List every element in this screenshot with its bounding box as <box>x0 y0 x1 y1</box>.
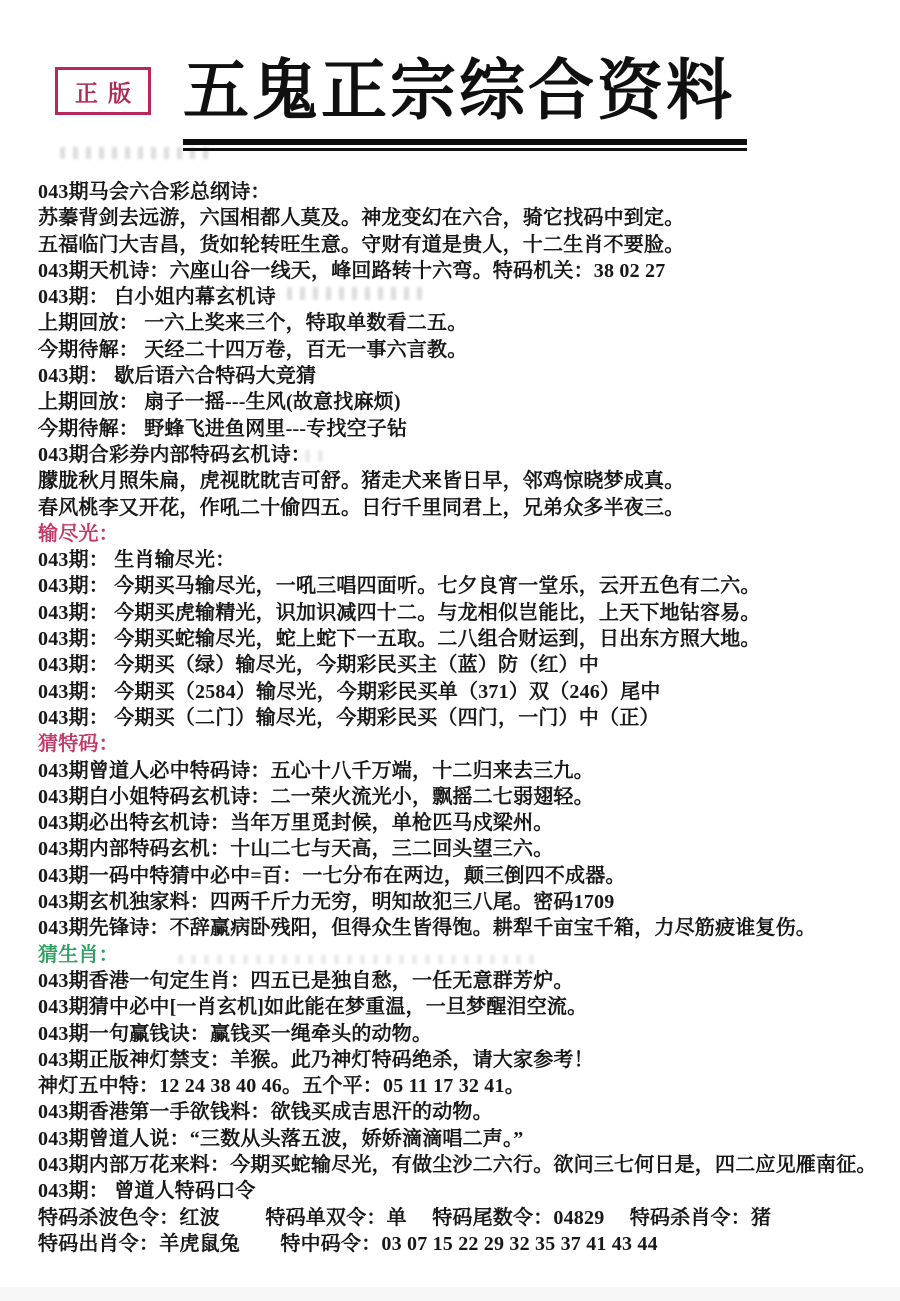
text-line: 上期回放： 扇子一摇---生风(故意找麻烦) <box>38 389 886 415</box>
text-line: 043期： 白小姐内幕玄机诗 <box>38 284 886 310</box>
page-title: 五鬼正宗综合资料 <box>183 56 758 129</box>
title-underline-thick <box>183 139 747 145</box>
text-lines: 043期马会六合彩总纲诗：苏蓁背剑去远游，六国相都人莫及。神龙变幻在六合，骑它找… <box>38 179 886 1257</box>
section-header-line: 猜特码： <box>38 731 886 757</box>
text-line: 043期： 今期买蛇输尽光，蛇上蛇下一五取。二八组合财运到，日出东方照大地。 <box>38 626 886 652</box>
text-line: 043期必出特玄机诗：当年万里觅封候，单枪匹马戍梁州。 <box>38 810 886 836</box>
text-line: 043期正版神灯禁支：羊猴。此乃神灯特码绝杀，请大家参考！ <box>38 1047 886 1073</box>
text-line: 043期： 歇后语六合特码大竞猜 <box>38 363 886 389</box>
text-line: 043期合彩券内部特码玄机诗： <box>38 442 886 468</box>
section-header-line: 猜生肖： <box>38 942 886 968</box>
text-line: 043期白小姐特码玄机诗：二一荣火流光小，飘摇二七弱翅轻。 <box>38 784 886 810</box>
text-line: 043期内部特码玄机：十山二七与天高，三二回头望三六。 <box>38 836 886 862</box>
text-line: 五福临门大吉昌，货如轮转旺生意。守财有道是贵人，十二生肖不要脸。 <box>38 232 886 258</box>
text-line: 043期曾道人说：“三数从头落五波，娇娇滴滴唱二声。” <box>38 1126 886 1152</box>
authentic-badge-label: 正版 <box>65 75 141 108</box>
text-line: 043期： 曾道人特码口令 <box>38 1178 886 1204</box>
text-line: 043期天机诗：六座山谷一线天，峰回路转十六弯。特码机关：38 02 27 <box>38 258 886 284</box>
text-line: 043期玄机独家料：四两千斤力无穷，明知故犯三八尾。密码1709 <box>38 889 886 915</box>
title-underline-thin <box>183 148 747 151</box>
text-line: 春风桃李又开花，作吼二十偷四五。日行千里同君上，兄弟众多半夜三。 <box>38 495 886 521</box>
text-line: 043期： 今期买（2584）输尽光，今期彩民买单（371）双（246）尾中 <box>38 679 886 705</box>
section-header-line: 输尽光： <box>38 521 886 547</box>
document-page: 正版 五鬼正宗综合资料 043期马会六合彩总纲诗：苏蓁背剑去远游，六国相都人莫及… <box>0 0 900 1301</box>
text-line: 今期待解： 天经二十四万卷，百无一事六言教。 <box>38 337 886 363</box>
text-line: 043期香港一句定生肖：四五已是独自愁，一任无意群芳炉。 <box>38 968 886 994</box>
text-line: 043期猜中必中[一肖玄机]如此能在梦重温，一旦梦醒泪空流。 <box>38 994 886 1020</box>
text-line: 特码杀波色令：红波 特码单双令：单 特码尾数令：04829 特码杀肖令：猪 <box>38 1205 886 1231</box>
text-line: 043期： 生肖输尽光： <box>38 547 886 573</box>
authentic-badge: 正版 <box>55 67 151 115</box>
text-line: 043期内部万花来料：今期买蛇输尽光，有做尘沙二六行。欲问三七何日是，四二应见雁… <box>38 1152 886 1178</box>
text-line: 043期： 今期买（绿）输尽光，今期彩民买主（蓝）防（红）中 <box>38 652 886 678</box>
text-line: 043期一码中特猜中必中=百：一七分布在两边，颠三倒四不成器。 <box>38 863 886 889</box>
text-line: 043期： 今期买马输尽光，一吼三唱四面听。七夕良宵一堂乐，云开五色有二六。 <box>38 573 886 599</box>
text-line: 今期待解： 野蜂飞进鱼网里---专找空子钻 <box>38 416 886 442</box>
smudge-under-badge <box>60 147 210 159</box>
text-line: 043期香港第一手欲钱料：欲钱买成吉思汗的动物。 <box>38 1099 886 1125</box>
text-line: 043期： 今期买虎输精光，识加识减四十二。与龙相似岂能比，上天下地钻容易。 <box>38 600 886 626</box>
footer-band <box>0 1287 900 1301</box>
text-line: 神灯五中特：12 24 38 40 46。五个平：05 11 17 32 41。 <box>38 1073 886 1099</box>
text-line: 043期马会六合彩总纲诗： <box>38 179 886 205</box>
text-line: 043期： 今期买（二门）输尽光，今期彩民买（四门，一门）中（正） <box>38 705 886 731</box>
text-line: 朦胧秋月照朱扁，虎视眈眈吉可舒。猪走犬来皆日早，邻鸡惊晓梦成真。 <box>38 468 886 494</box>
text-line: 上期回放： 一六上奖来三个，特取单数看二五。 <box>38 310 886 336</box>
text-line: 苏蓁背剑去远游，六国相都人莫及。神龙变幻在六合，骑它找码中到定。 <box>38 205 886 231</box>
text-line: 043期一句赢钱诀：赢钱买一绳牵头的动物。 <box>38 1021 886 1047</box>
text-line: 特码出肖令：羊虎鼠兔 特中码令：03 07 15 22 29 32 35 37 … <box>38 1231 886 1257</box>
text-line: 043期先锋诗：不辞赢病卧残阳，但得众生皆得饱。耕犁千亩宝千箱，力尽筋疲谁复伤。 <box>38 915 886 941</box>
text-line: 043期曾道人必中特码诗：五心十八千万端，十二归来去三九。 <box>38 758 886 784</box>
